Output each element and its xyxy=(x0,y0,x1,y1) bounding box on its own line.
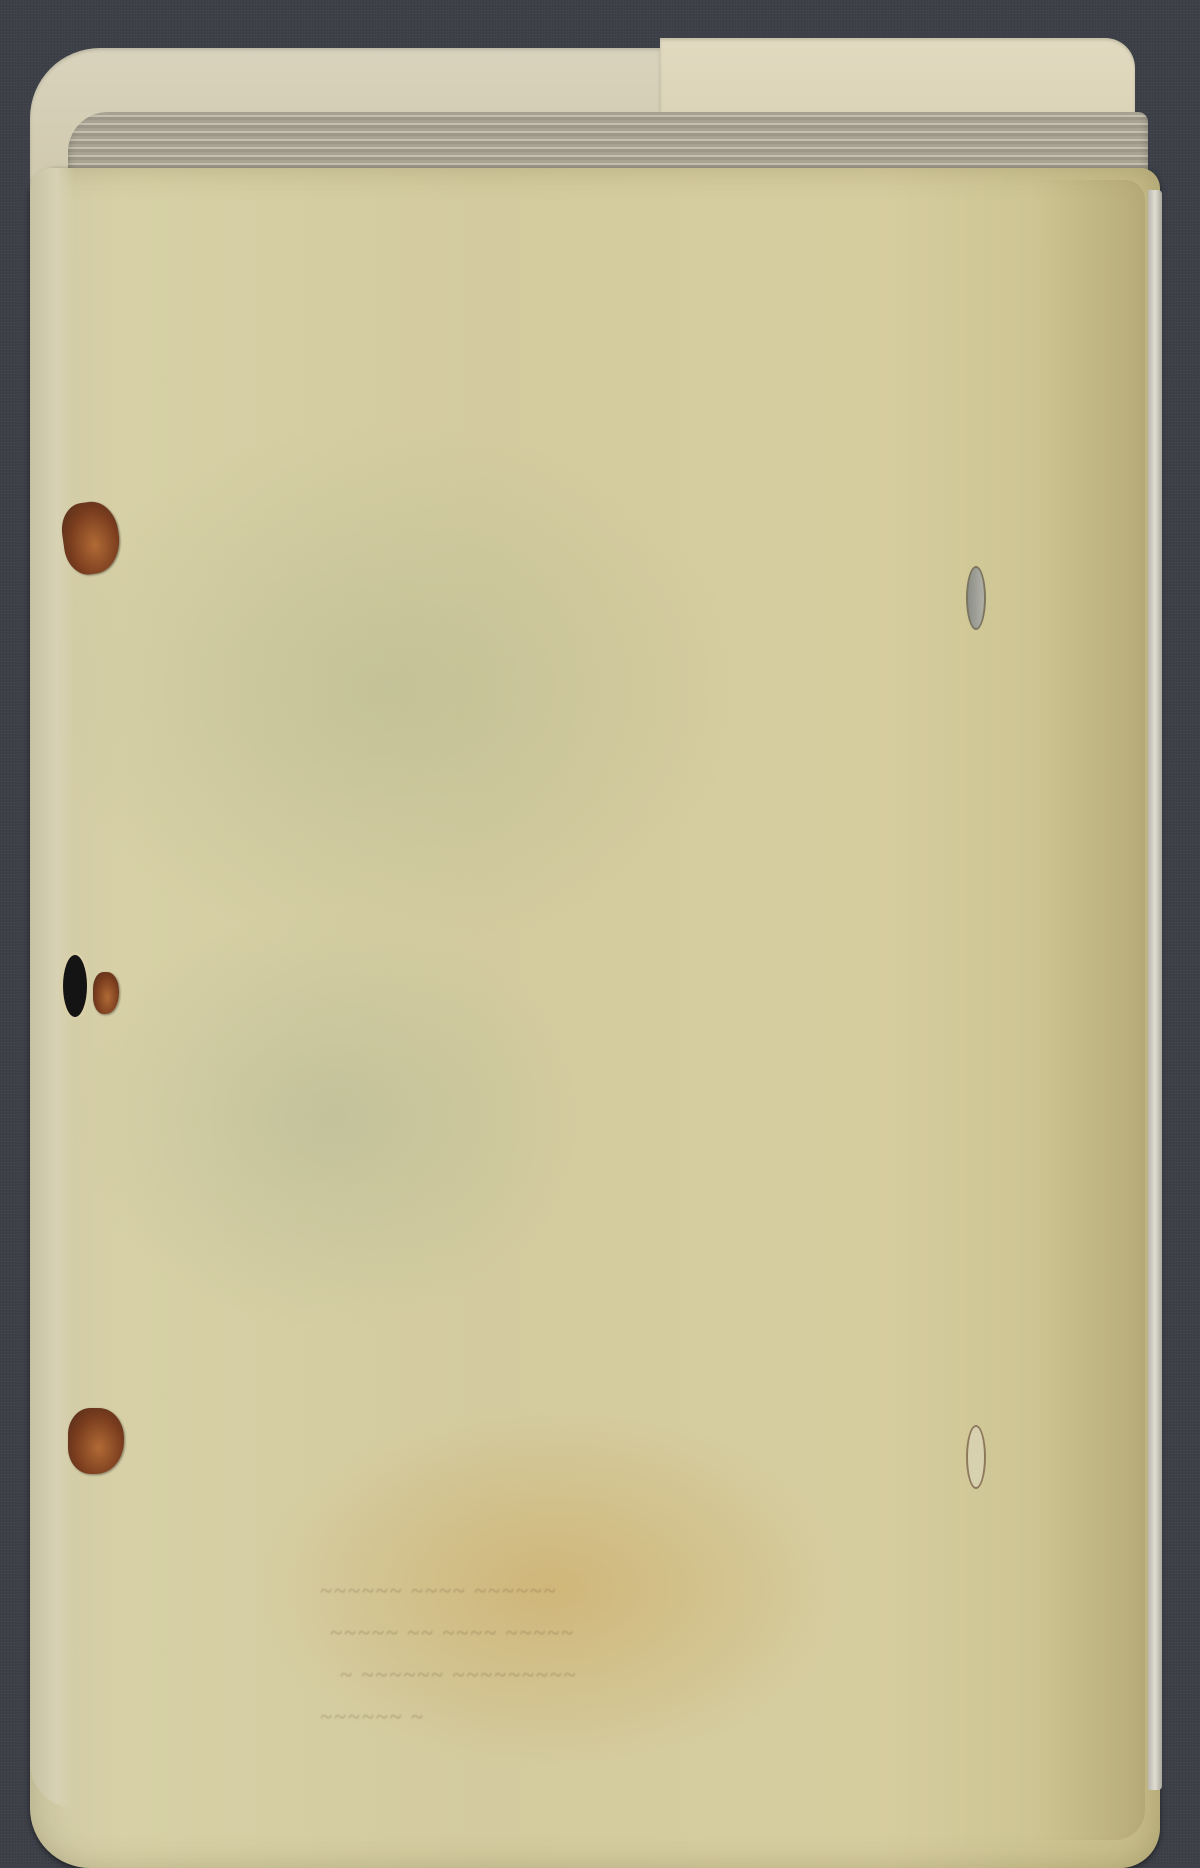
inscription-line: ~~~~~~ ~ xyxy=(320,1696,780,1738)
tie-hole xyxy=(63,955,87,1017)
page-fore-edge xyxy=(1148,190,1162,1790)
tie-slit xyxy=(966,566,986,630)
faded-inscription: ~~~~~~ ~~~~ ~~~~~~ ~~~~~ ~~ ~~~~ ~~~~~ ~… xyxy=(320,1570,780,1740)
fore-edge-flap xyxy=(1030,180,1145,1840)
tie-remnant-icon xyxy=(93,972,119,1014)
inscription-line: ~~~~~~ ~~~~ ~~~~~~ xyxy=(320,1570,780,1612)
inscription-line: ~ ~~~~~~ ~~~~~~~~~ xyxy=(320,1654,780,1696)
inscription-line: ~~~~~ ~~ ~~~~ ~~~~~ xyxy=(320,1612,780,1654)
tie-slit xyxy=(966,1425,986,1489)
photograph: ~~~~~~ ~~~~ ~~~~~~ ~~~~~ ~~ ~~~~ ~~~~~ ~… xyxy=(0,0,1200,1868)
tie-remnant-icon xyxy=(68,1408,124,1474)
